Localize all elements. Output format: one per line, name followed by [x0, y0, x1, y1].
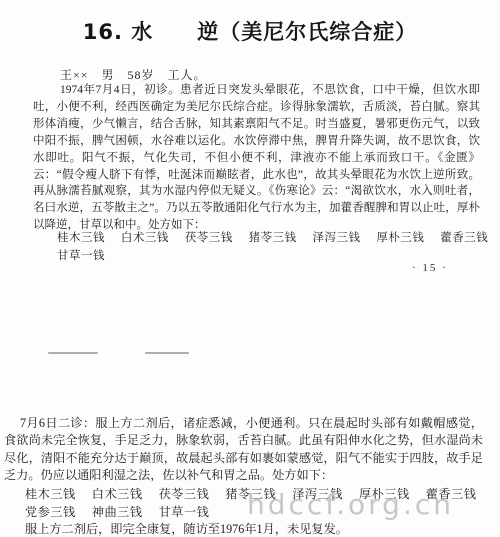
scan-artifact-line-2: [145, 352, 189, 354]
herb-item: 甘草一钱: [159, 503, 210, 520]
herb-item: 藿香三钱: [440, 229, 488, 245]
herb-item: 桂木三钱: [25, 485, 76, 502]
herb-item: 白术三钱: [92, 485, 143, 502]
herb-item: 甘草一钱: [57, 247, 105, 263]
followup-line: 服上方二剂后，即完全康复，随访至1976年1月，未见复发。: [25, 520, 348, 537]
second-prescription-row-1: 桂木三钱 白术三钱 茯苓三钱 猪苓三钱 泽泻三钱 厚朴三钱 藿香三钱: [25, 485, 490, 502]
herb-item: 猪苓三钱: [249, 229, 297, 245]
herb-item: 茯苓三钱: [185, 229, 233, 245]
second-visit-paragraph: 7月6日二诊：服上方二剂后，诸症悉减，小便通利。只在晨起时头部有如戴帽感觉，食欲…: [4, 415, 483, 486]
second-prescription-row-2: 党参三钱 神曲三钱 甘草一钱: [25, 503, 222, 520]
first-visit-paragraph: 1974年7月4日，初诊。患者近日突发头晕眼花，不思饮食，口中干燥，但饮水即吐，…: [33, 82, 480, 235]
herb-item: 泽泻三钱: [313, 229, 361, 245]
herb-item: 茯苓三钱: [159, 485, 210, 502]
scanned-book-page: 16. 水 逆（美尼尔氏综合症） 王×× 男 58岁 工人。 1974年7月4日…: [0, 0, 500, 537]
herb-item: 厚朴三钱: [376, 229, 424, 245]
page-number: · 15 ·: [412, 262, 448, 274]
herb-item: 猪苓三钱: [225, 485, 276, 502]
herb-item: 厚朴三钱: [359, 485, 410, 502]
herb-item: 党参三钱: [25, 503, 76, 520]
herb-item: 神曲三钱: [92, 503, 143, 520]
herb-item: 桂木三钱: [57, 229, 105, 245]
first-prescription-row-1: 桂木三钱 白术三钱 茯苓三钱 猪苓三钱 泽泻三钱 厚朴三钱 藿香三钱: [57, 229, 500, 245]
chapter-title: 16. 水 逆（美尼尔氏综合症）: [0, 16, 500, 46]
herb-item: 藿香三钱: [426, 485, 477, 502]
herb-item: 白术三钱: [121, 229, 169, 245]
patient-info-line: 王×× 男 58岁 工人。: [60, 66, 207, 83]
first-prescription-row-2: 甘草一钱: [57, 247, 118, 263]
scan-artifact-line-1: [48, 352, 98, 354]
herb-item: 泽泻三钱: [292, 485, 343, 502]
